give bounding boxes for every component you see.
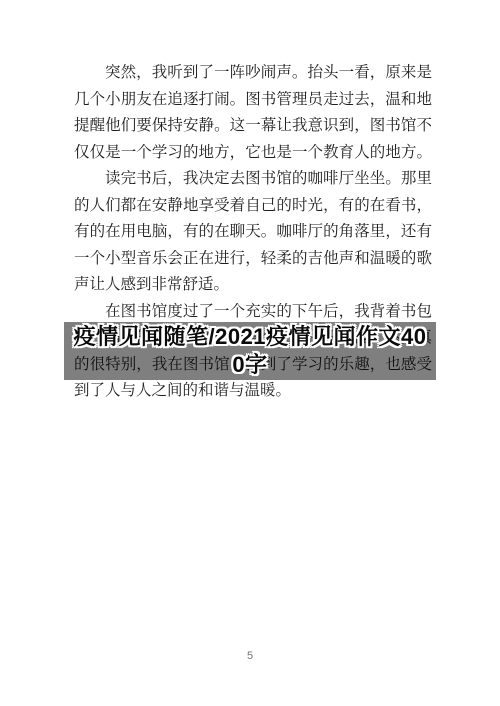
body-text-line: 突然，我听到了一阵吵闹声。抬头一看，原来是 [74,60,432,87]
body-text-line: 有的在用电脑，有的在聊天。咖啡厅的角落里，还有 [74,219,432,246]
overlay-title-line-2: 0字 [64,351,436,379]
body-text-line: 提醒他们要保持安静。这一幕让我意识到，图书馆不 [74,113,432,140]
body-text-line: 几个小朋友在追逐打闹。图书管理员走过去，温和地 [74,87,432,114]
body-text-line: 读完书后，我决定去图书馆的咖啡厅坐坐。那里 [74,166,432,193]
document-page: 突然，我听到了一阵吵闹声。抬头一看，原来是几个小朋友在追逐打闹。图书管理员走过去… [0,0,500,706]
overlay-title-line-1: 疫情见闻随笔/2021疫情见闻作文40 [64,323,436,351]
body-text-line: 仅仅是一个学习的地方，它也是一个教育人的地方。 [74,140,432,167]
body-text-line: 的人们都在安静地享受着自己的时光，有的在看书， [74,193,432,220]
title-overlay-banner: 疫情见闻随笔/2021疫情见闻作文40 0字 [64,322,436,380]
body-text-line: 到了人与人之间的和谐与温暖。 [74,378,432,405]
body-text-line: 声让人感到非常舒适。 [74,272,432,299]
body-text-line: 一个小型音乐会正在进行，轻柔的吉他声和温暖的歌 [74,246,432,273]
page-number: 5 [0,650,500,662]
